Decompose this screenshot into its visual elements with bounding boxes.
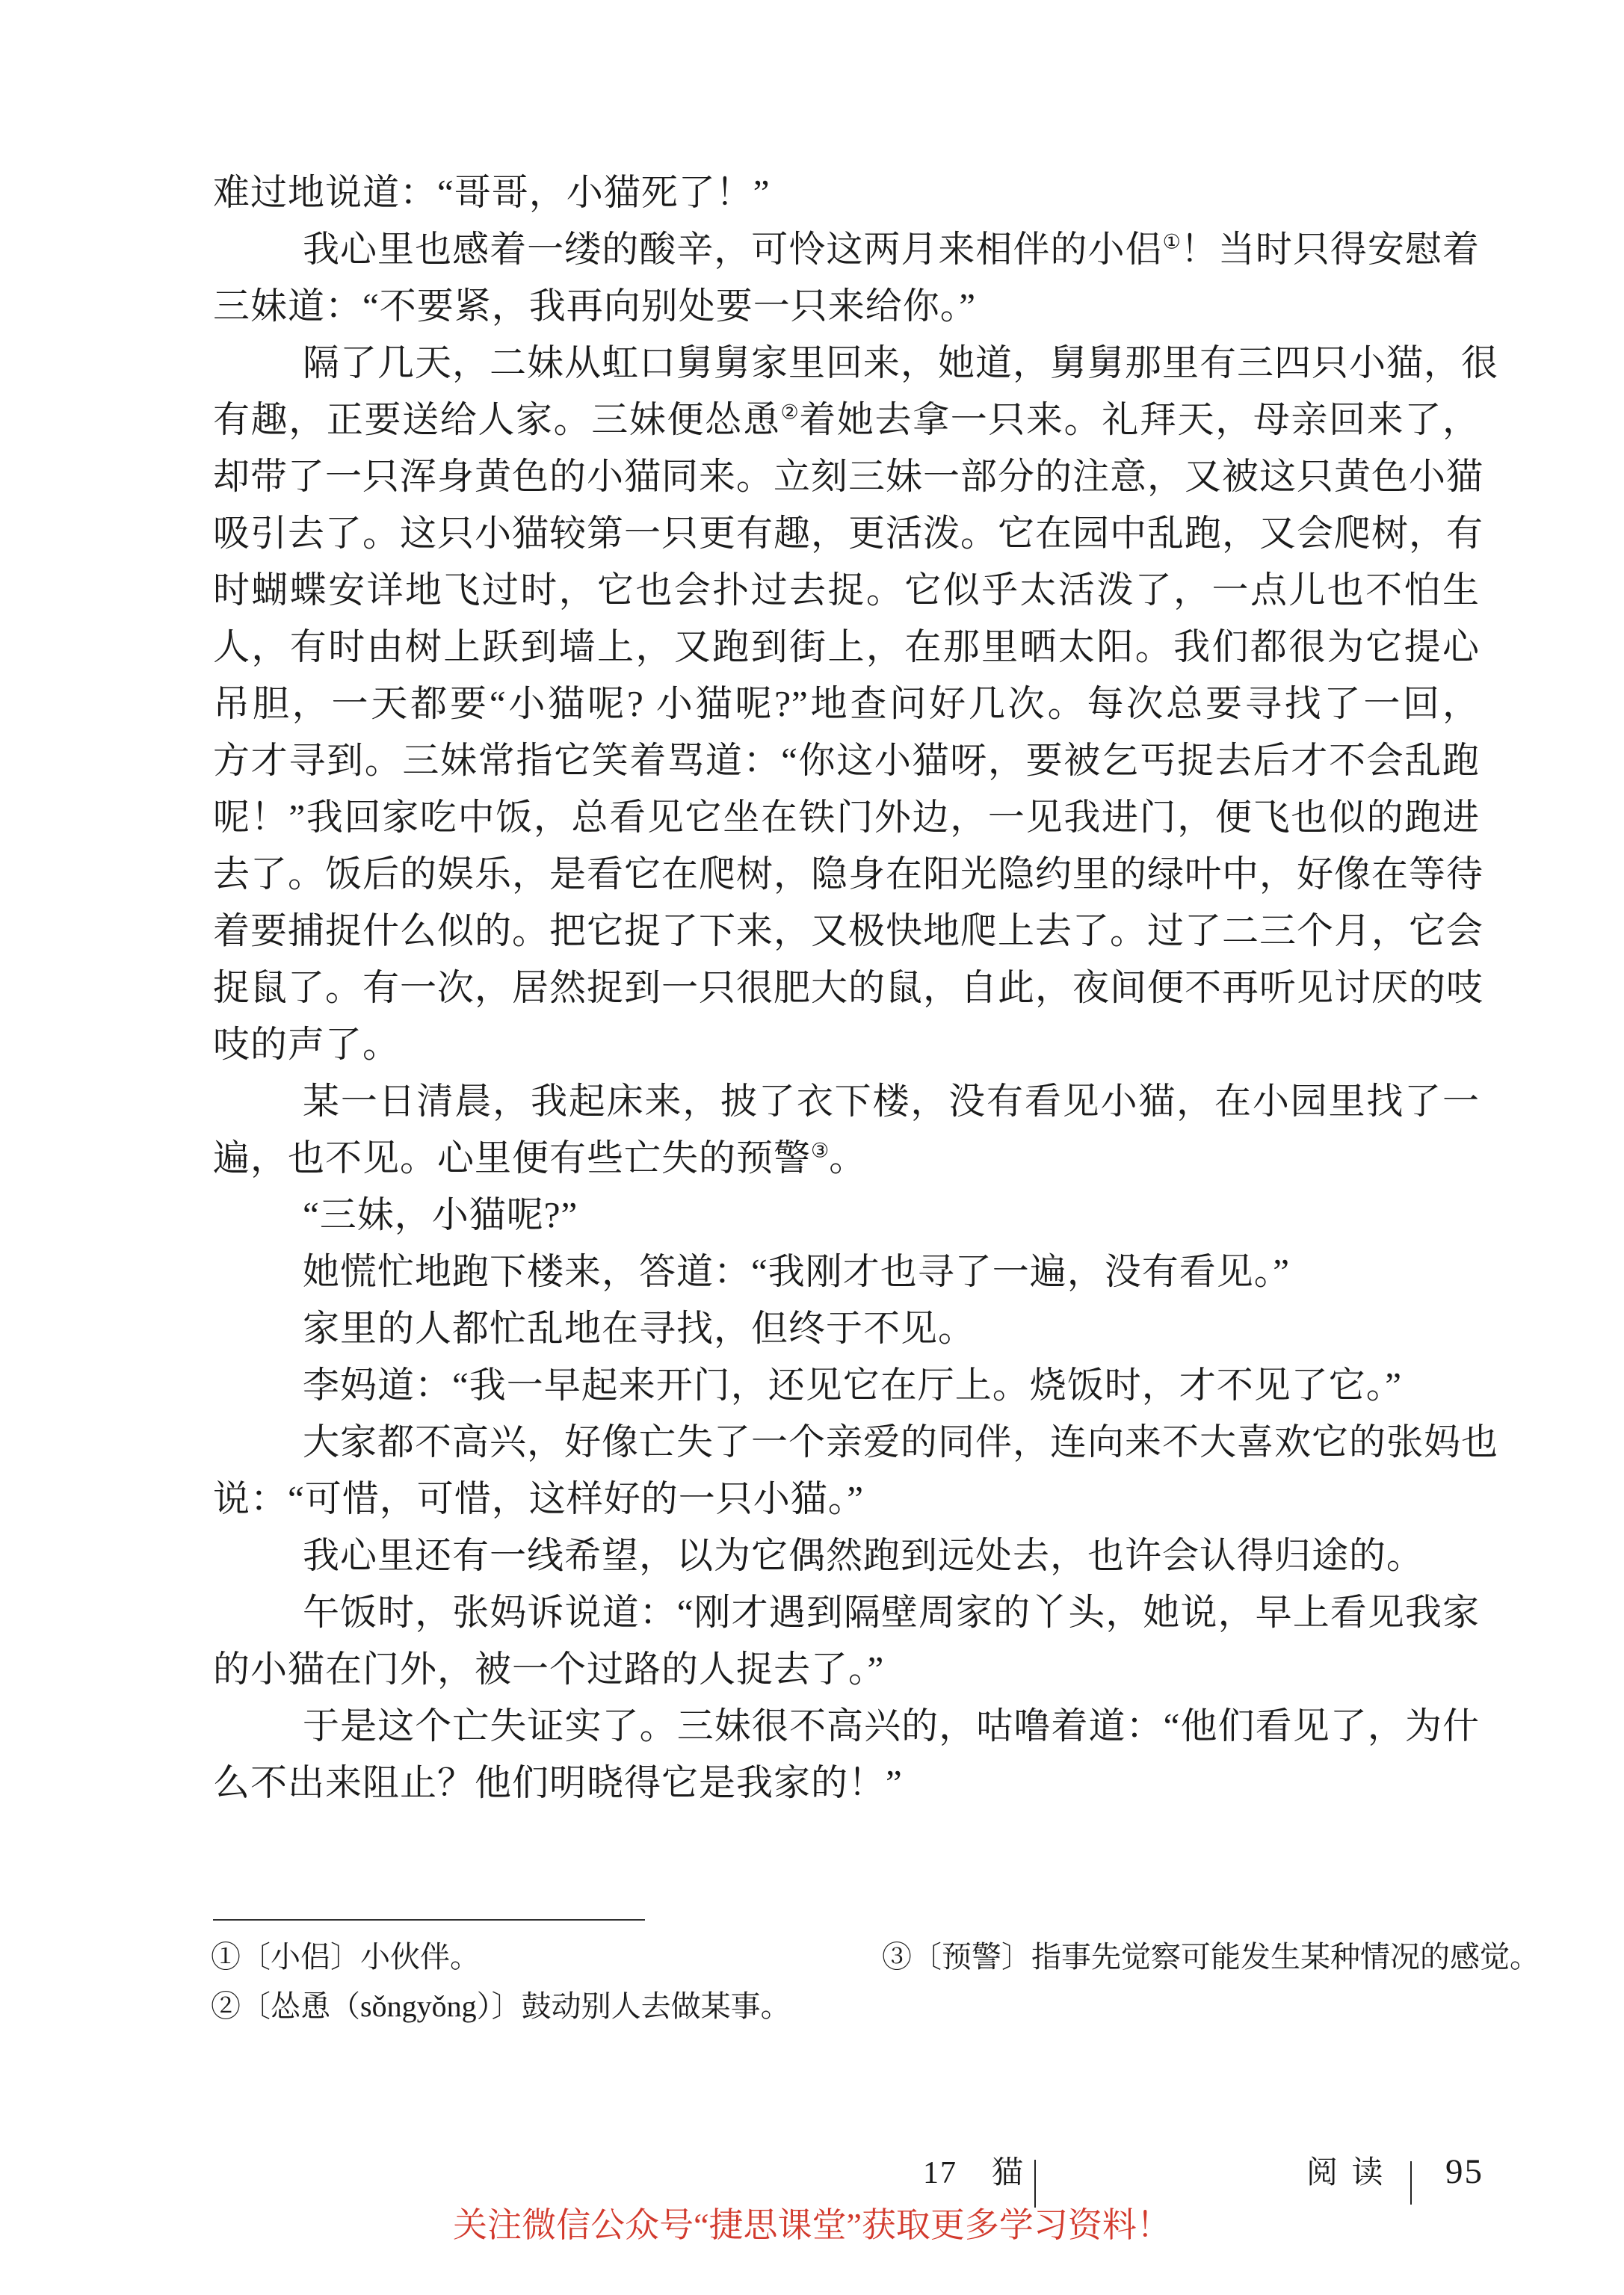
body-line: 着要捕捉什么似的。把它捉了下来，又极快地爬上去了。过了二三个月，它会 — [213, 903, 1480, 960]
body-line: 有趣，正要送给人家。三妹便怂恿②着她去拿一只来。礼拜天，母亲回来了， — [213, 392, 1480, 448]
footnotes-right-column: ③〔预警〕指事先觉察可能发生某种情况的感觉。 — [882, 1933, 1487, 1982]
body-line: 却带了一只浑身黄色的小猫同来。立刻三妹一部分的注意，又被这只黄色小猫 — [213, 448, 1480, 505]
lesson-number: 17 — [923, 2156, 957, 2190]
footnote-reference: ③ — [811, 1140, 829, 1162]
promo-banner: 关注微信公众号“捷思课堂”获取更多学习资料！ — [0, 2203, 1624, 2248]
body-line: 吱的声了。 — [213, 1016, 1480, 1073]
footnote-reference: ① — [1163, 231, 1181, 253]
body-line: 李妈道：“我一早起来开门，还见它在厅上。烧饭时，才不见了它。” — [213, 1357, 1480, 1414]
footer-lesson: 17猫 — [923, 2152, 1023, 2194]
body-line: 某一日清晨，我起床来，披了衣下楼，没有看见小猫，在小园里找了一 — [213, 1073, 1480, 1130]
body-line: 去了。饭后的娱乐，是看它在爬树，隐身在阳光隐约里的绿叶中，好像在等待 — [213, 846, 1480, 903]
body-line: 隔了几天，二妹从虹口舅舅家里回来，她道，舅舅那里有三四只小猫，很 — [213, 335, 1480, 392]
body-line: 方才寻到。三妹常指它笑着骂道：“你这小猫呀，要被乞丐捉去后才不会乱跑 — [213, 732, 1480, 789]
footnote-reference: ② — [780, 401, 799, 424]
body-line: 难过地说道：“哥哥，小猫死了！” — [213, 164, 1480, 221]
body-line: 么不出来阻止？他们明晓得它是我家的！” — [213, 1755, 1480, 1811]
body-line: 说：“可惜，可惜，这样好的一只小猫。” — [213, 1471, 1480, 1528]
page-number: 95 — [1445, 2149, 1483, 2194]
body-line: 她慌忙地跑下楼来，答道：“我刚才也寻了一遍，没有看见。” — [213, 1244, 1480, 1300]
body-line: 的小猫在门外，被一个过路的人捉去了。” — [213, 1641, 1480, 1698]
footnote-item: ②〔怂恿（sǒngyǒng）〕鼓动别人去做某事。 — [211, 1982, 868, 2031]
body-line: 三妹道：“不要紧，我再向别处要一只来给你。” — [213, 278, 1480, 335]
footnotes-left-column: ①〔小侣〕小伙伴。②〔怂恿（sǒngyǒng）〕鼓动别人去做某事。 — [211, 1933, 868, 2031]
body-text: 难过地说道：“哥哥，小猫死了！”我心里也感着一缕的酸辛，可怜这两月来相伴的小侣①… — [213, 164, 1480, 1811]
body-line: 我心里还有一线希望，以为它偶然跑到远处去，也许会认得归途的。 — [213, 1528, 1480, 1584]
body-line: 人，有时由树上跃到墙上，又跑到街上，在那里晒太阳。我们都很为它提心 — [213, 619, 1480, 676]
body-line: 于是这个亡失证实了。三妹很不高兴的，咕噜着道：“他们看见了，为什 — [213, 1698, 1480, 1755]
body-line: 呢！”我回家吃中饭，总看见它坐在铁门外边，一见我进门，便飞也似的跑进 — [213, 789, 1480, 846]
footnote-item: ①〔小侣〕小伙伴。 — [211, 1933, 868, 1982]
body-line: 吸引去了。这只小猫较第一只更有趣，更活泼。它在园中乱跑，又会爬树，有 — [213, 505, 1480, 562]
body-line: 吊胆，一天都要“小猫呢? 小猫呢?”地查问好几次。每次总要寻找了一回， — [213, 676, 1480, 732]
footer-divider-line-1 — [1034, 2160, 1036, 2208]
body-line: 遍，也不见。心里便有些亡失的预警③。 — [213, 1130, 1480, 1187]
footnote-item: ③〔预警〕指事先觉察可能发生某种情况的感觉。 — [882, 1933, 1487, 1982]
body-line: 大家都不高兴，好像亡失了一个亲爱的同伴，连向来不大喜欢它的张妈也 — [213, 1414, 1480, 1471]
body-line: 捉鼠了。有一次，居然捉到一只很肥大的鼠，自此，夜间便不再听见讨厌的吱 — [213, 960, 1480, 1016]
body-line: 家里的人都忙乱地在寻找，但终于不见。 — [213, 1300, 1480, 1357]
body-line: 时蝴蝶安详地飞过时，它也会扑过去捉。它似乎太活泼了，一点儿也不怕生 — [213, 562, 1480, 619]
lesson-title: 猫 — [992, 2156, 1023, 2190]
textbook-page: 难过地说道：“哥哥，小猫死了！”我心里也感着一缕的酸辛，可怜这两月来相伴的小侣①… — [0, 0, 1624, 2295]
body-line: “三妹，小猫呢?” — [213, 1187, 1480, 1244]
body-line: 午饭时，张妈诉说道：“刚才遇到隔壁周家的丫头，她说，早上看见我家 — [213, 1584, 1480, 1641]
footer-divider-line-2 — [1410, 2161, 1412, 2205]
footer-section-label: 阅 读 — [1306, 2152, 1386, 2194]
body-line: 我心里也感着一缕的酸辛，可怜这两月来相伴的小侣①！当时只得安慰着 — [213, 221, 1480, 278]
footnote-divider — [213, 1919, 645, 1921]
